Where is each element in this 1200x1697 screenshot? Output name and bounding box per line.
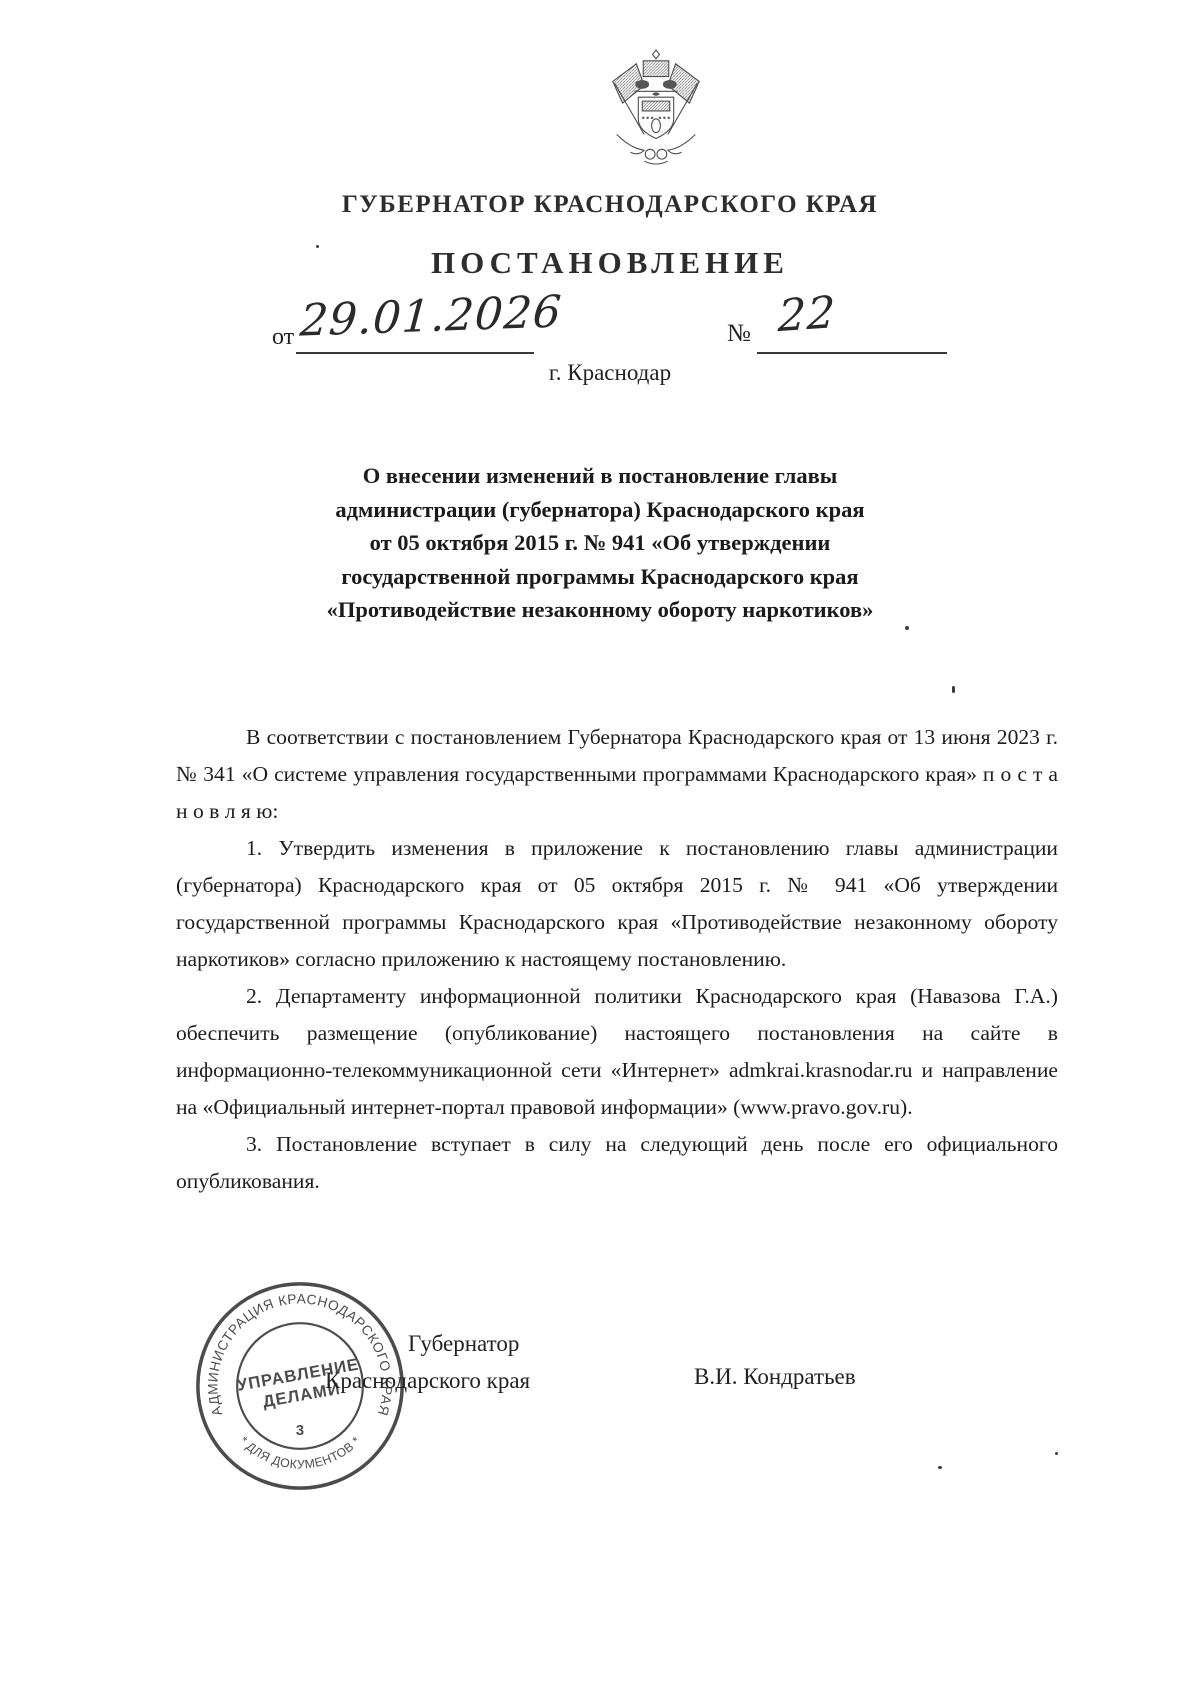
decree-title: О внесении изменений в постановление гла… [240, 459, 960, 627]
signatory-post-line1: Губернатор [408, 1331, 519, 1357]
title-line: «Противодействие незаконному обороту нар… [240, 593, 960, 627]
issuing-authority-heading: ГУБЕРНАТОР КРАСНОДАРСКОГО КРАЯ [10, 191, 1200, 219]
krasnodar-krai-coat-of-arms-icon [599, 48, 713, 168]
title-line: администрации (губернатора) Краснодарско… [240, 493, 960, 527]
issuing-place: г. Краснодар [10, 360, 1200, 386]
handwritten-date: 29.01.2026 [298, 286, 563, 346]
title-line: от 05 октября 2015 г. № 941 «Об утвержде… [240, 526, 960, 560]
emblem-top-cross [653, 50, 660, 59]
signatory-name: В.И. Кондратьев [694, 1364, 856, 1390]
number-underline [757, 352, 947, 354]
scan-speck [952, 686, 955, 693]
scanned-decree-page: ГУБЕРНАТОР КРАСНОДАРСКОГО КРАЯ ПОСТАНОВЛ… [0, 0, 1200, 1697]
scan-speck [1055, 1452, 1058, 1455]
handwritten-number: 22 [777, 287, 837, 342]
scan-speck [905, 626, 909, 630]
scan-speck [316, 245, 319, 248]
clause-3-paragraph: 3. Постановление вступает в силу на след… [176, 1126, 1058, 1200]
date-underline [296, 352, 534, 354]
clause-2-paragraph: 2. Департаменту информационной политики … [176, 978, 1058, 1126]
preamble-paragraph: В соответствии с постановлением Губернат… [176, 719, 1058, 830]
signatory-post-line2: Краснодарского края [325, 1368, 530, 1394]
date-label: от [272, 324, 294, 351]
decree-body: В соответствии с постановлением Губернат… [176, 719, 1058, 1200]
emblem-left-branch [617, 135, 645, 154]
emblem-crown [643, 61, 669, 77]
emblem-right-branch [668, 135, 696, 154]
scan-speck [938, 1466, 942, 1469]
stamp-center-number: 3 [296, 1423, 304, 1439]
title-line: государственной программы Краснодарского… [240, 560, 960, 594]
title-line: О внесении изменений в постановление гла… [240, 459, 960, 493]
document-type-heading: ПОСТАНОВЛЕНИЕ [10, 245, 1200, 281]
number-label: № [727, 320, 751, 348]
stamp-ring-bottom-text: * ДЛЯ ДОКУМЕНТОВ * [237, 1434, 364, 1472]
clause-1-paragraph: 1. Утвердить изменения в приложение к по… [176, 830, 1058, 978]
